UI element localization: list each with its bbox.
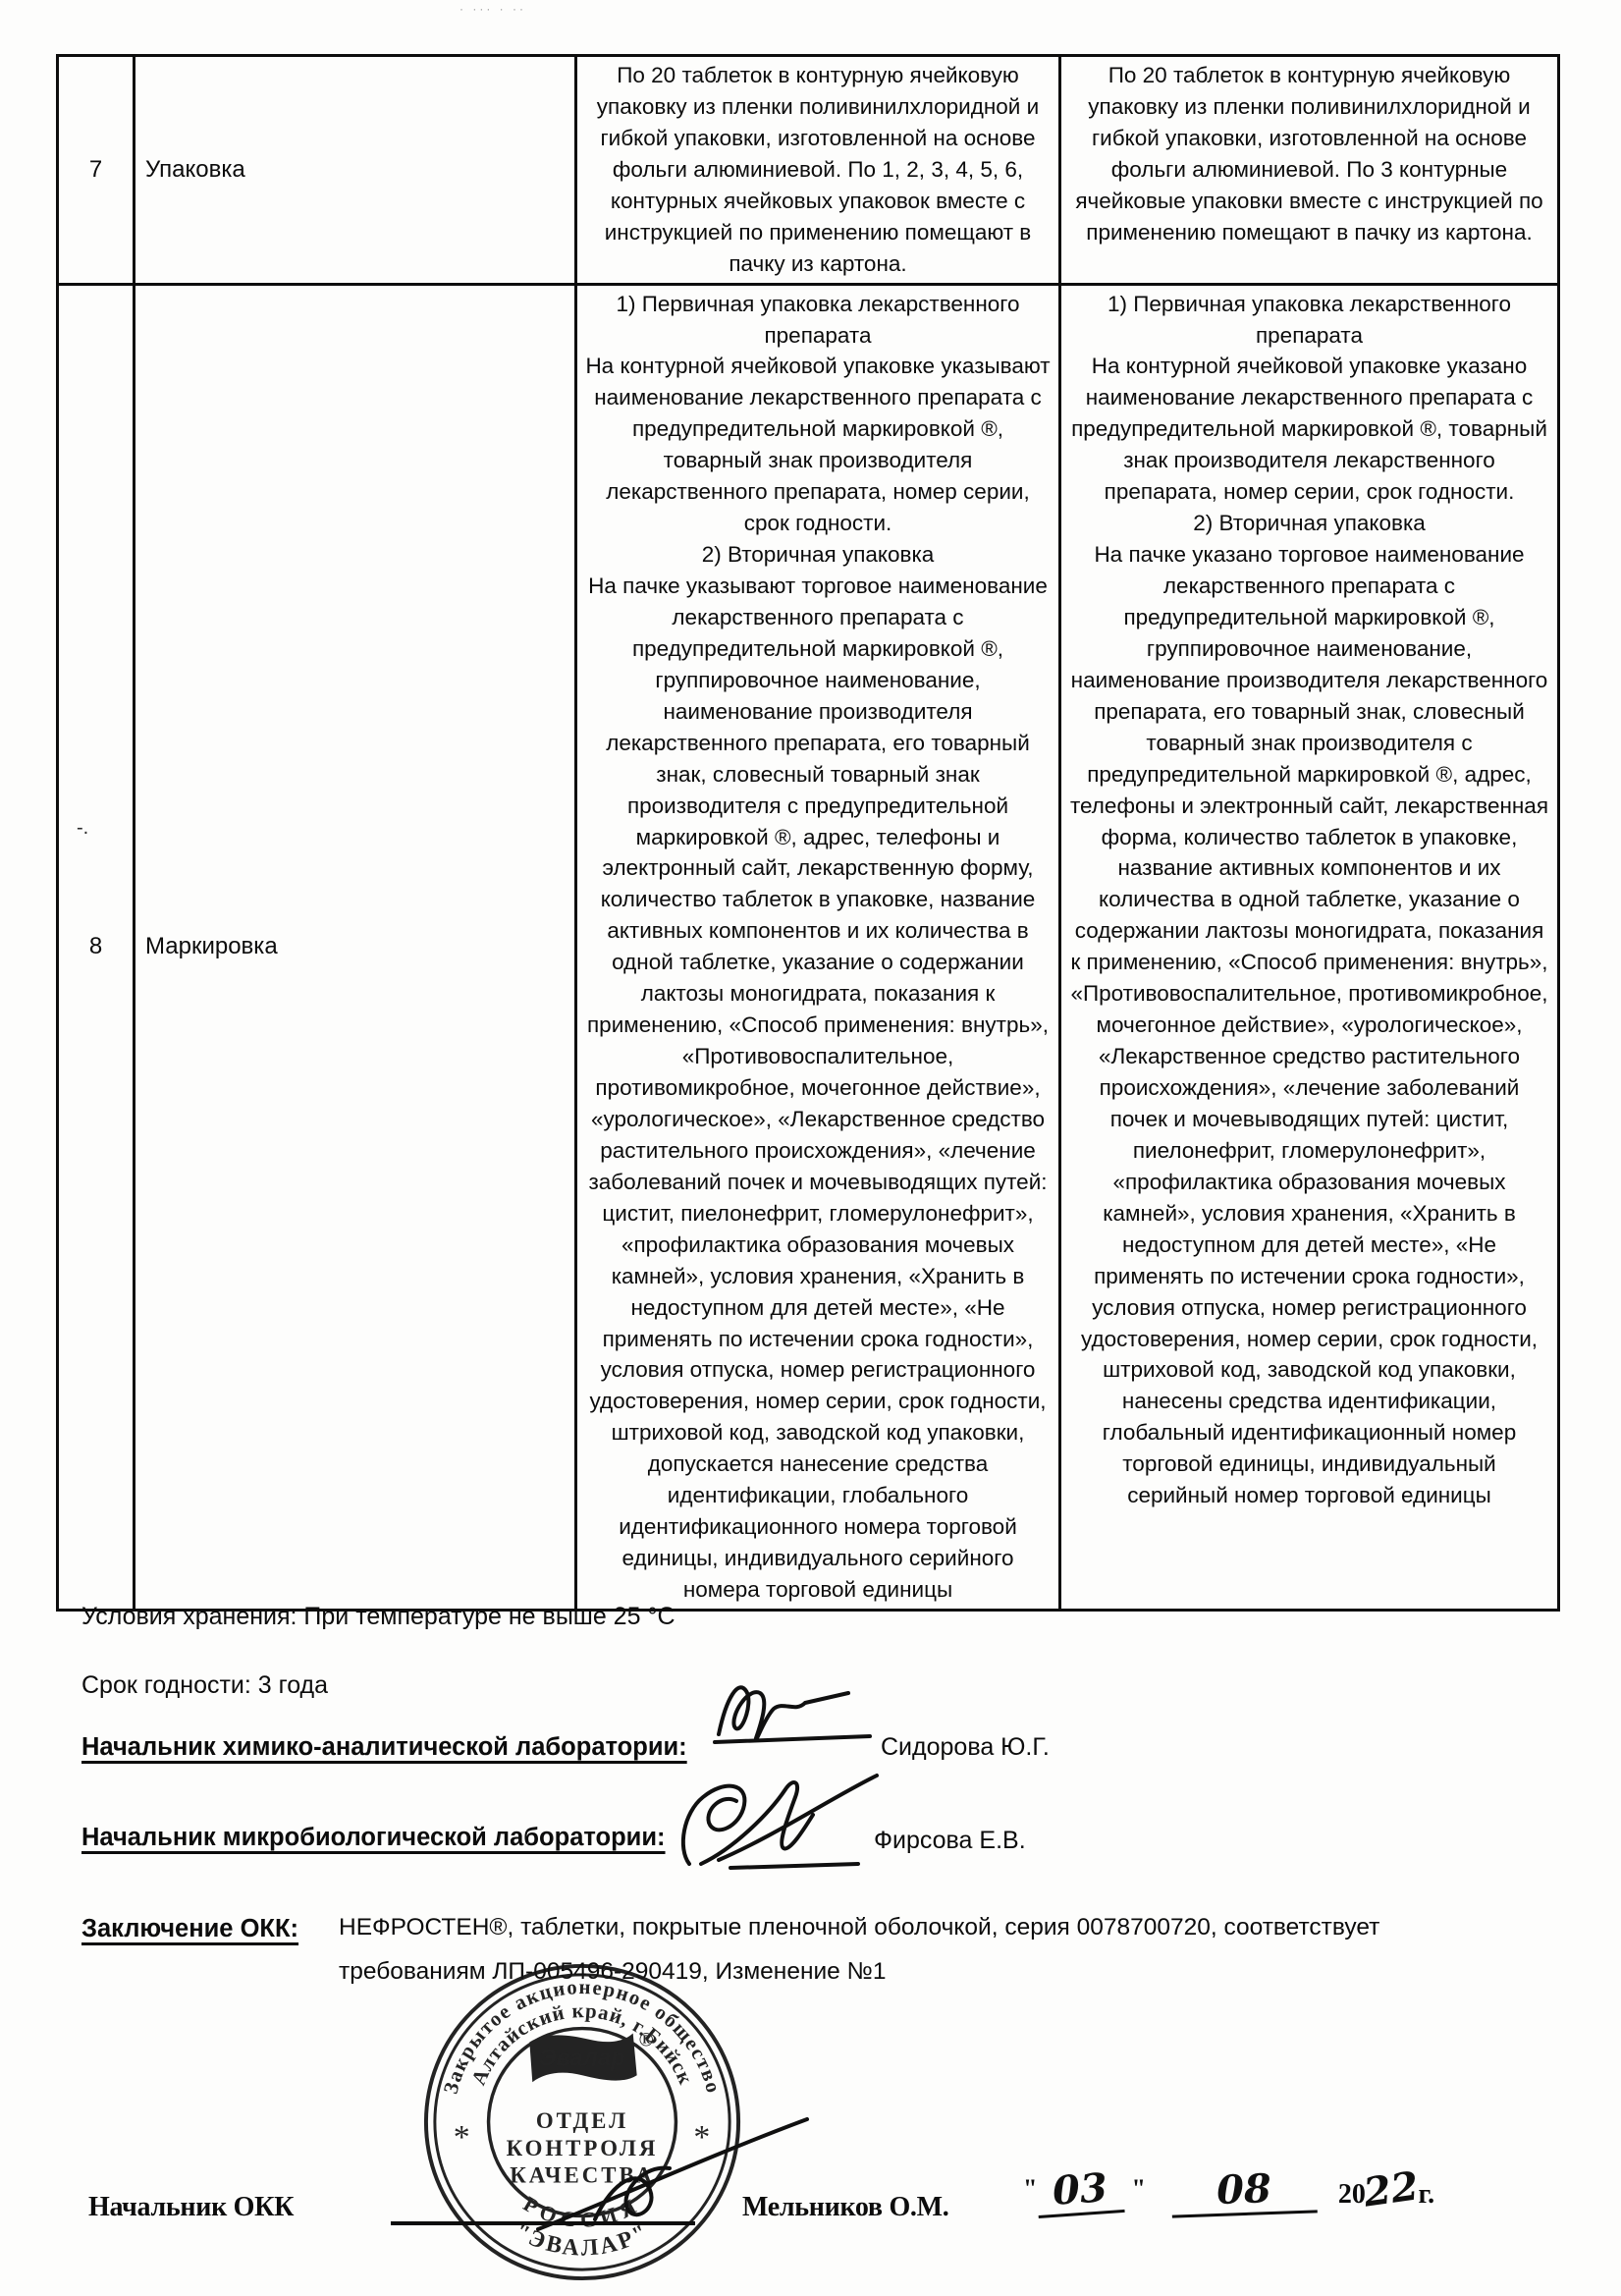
- requirement-text: 1) Первичная упаковка лекарственного пре…: [576, 284, 1060, 1610]
- okk-conclusion-title: Заключение ОКК:: [81, 1915, 298, 1943]
- result-text: По 20 таблеток в контурную ячейковую упа…: [1060, 56, 1559, 285]
- okk-head-title: Начальник ОКК: [88, 2192, 294, 2223]
- row-number: 7: [58, 56, 135, 285]
- date-year-handwritten: 22: [1361, 2162, 1422, 2215]
- chem-lab-title: Начальник химико-аналитической лаборатор…: [81, 1733, 687, 1762]
- chem-lab-name: Сидорова Ю.Г.: [881, 1733, 1050, 1762]
- micro-lab-name: Фирсова Е.В.: [874, 1827, 1026, 1855]
- stamp-star-left: *: [454, 2119, 470, 2156]
- table-row-packaging: 7 Упаковка По 20 таблеток в контурную яч…: [58, 56, 1559, 285]
- result-text: 1) Первичная упаковка лекарственного пре…: [1060, 284, 1559, 1610]
- date-month: 08: [1170, 2163, 1318, 2217]
- okk-head-name: Мельников О.М.: [742, 2192, 948, 2223]
- date-year-prefix: 20: [1338, 2179, 1366, 2211]
- date-group: " 03 " 08 20 22 г.: [1023, 2166, 1434, 2215]
- micro-lab-title: Начальник микробиологической лаборатории…: [81, 1824, 666, 1852]
- row-label: Маркировка: [135, 284, 576, 1610]
- row-label: Упаковка: [135, 56, 576, 285]
- registered-trademark-icon: ®: [639, 2029, 654, 2050]
- date-close-quote: ": [1131, 2174, 1145, 2204]
- date-day: 03: [1036, 2163, 1125, 2218]
- signature-chem-lab: [705, 1658, 901, 1768]
- shelf-life: Срок годности: 3 года: [81, 1671, 328, 1700]
- table-row-marking: 8 Маркировка 1) Первичная упаковка лекар…: [58, 284, 1559, 1610]
- signature-micro-lab: [675, 1754, 887, 1877]
- margin-mark: -.: [77, 817, 88, 840]
- row-number: 8: [58, 284, 135, 1610]
- document-page: · ··· · ·· 7 Упаковка По 20 таблеток в к…: [0, 0, 1621, 2296]
- quality-table: 7 Упаковка По 20 таблеток в контурную яч…: [56, 54, 1560, 1612]
- requirement-text: По 20 таблеток в контурную ячейковую упа…: [576, 56, 1060, 285]
- storage-conditions: Условия хранения: При температуре не выш…: [81, 1603, 675, 1631]
- scan-noise: · ··· · ··: [459, 2, 526, 16]
- stamp-logo-text: Эвалар: [539, 2045, 624, 2071]
